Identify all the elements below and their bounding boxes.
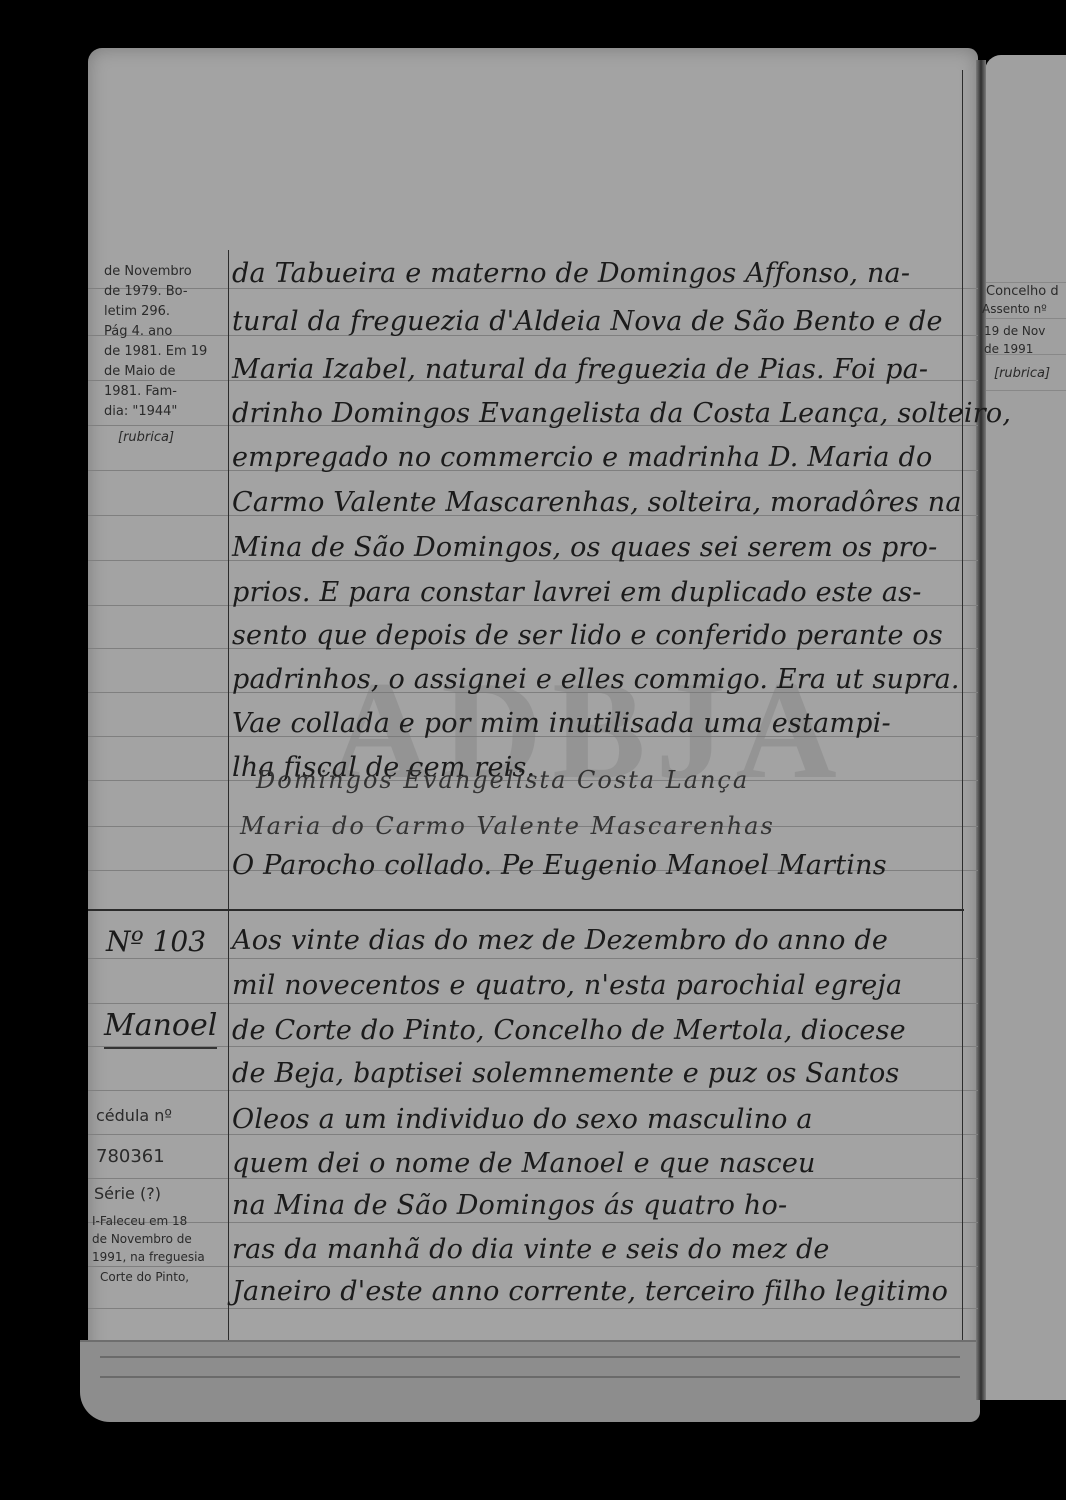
godfather-signature: Domingos Evangelista Costa Lança [256, 766, 749, 794]
margin-note: letim 296. [104, 304, 170, 319]
text-line: Aos vinte dias do mez de Dezembro do ann… [232, 925, 888, 956]
margin-column-divider [228, 250, 229, 1340]
margin-note: Concelho d [986, 284, 1059, 299]
ruled-line [88, 1308, 978, 1309]
page-stack-edge [80, 1340, 980, 1422]
margin-note: de Novembro [104, 264, 192, 279]
margin-note: de 1981. Em 19 [104, 344, 207, 359]
margin-note: 1981. Fam- [104, 384, 177, 399]
margin-signature: [rubrica] [994, 366, 1050, 381]
text-line: na Mina de São Domingos ás quatro ho- [232, 1190, 787, 1221]
margin-note: dia: "1944" [104, 404, 177, 419]
ruled-line [88, 1266, 978, 1267]
text-line: Vae collada e por mim inutilisada uma es… [232, 708, 891, 739]
ruled-line [88, 1046, 978, 1047]
baptized-name: Manoel [104, 1008, 217, 1049]
ruled-line [88, 1090, 978, 1091]
text-line: Mina de São Domingos, os quaes sei serem… [232, 532, 937, 563]
entry-separator [88, 909, 964, 911]
text-line: tural da freguezia d'Aldeia Nova de São … [232, 306, 943, 337]
text-line: de Beja, baptisei solemnemente e puz os … [232, 1058, 899, 1089]
margin-note: Assento nº [982, 302, 1047, 316]
text-line: ras da manhã do dia vinte e seis do mez … [232, 1234, 830, 1265]
right-column-divider [962, 70, 963, 1340]
margin-note: Pág 4. ano [104, 324, 172, 339]
ruled-line [88, 1003, 978, 1004]
margin-note: 19 de Nov [984, 324, 1045, 338]
margin-note: 780361 [96, 1146, 165, 1167]
text-line: Janeiro d'este anno corrente, terceiro f… [232, 1276, 948, 1307]
margin-note: Corte do Pinto, [100, 1270, 189, 1284]
text-line: quem dei o nome de Manoel e que nasceu [232, 1148, 816, 1179]
text-line: Maria Izabel, natural da freguezia de Pi… [232, 354, 928, 385]
margin-note: de Maio de [104, 364, 176, 379]
text-line: de Corte do Pinto, Concelho de Mertola, … [232, 1015, 906, 1046]
margin-note: cédula nº [96, 1106, 172, 1125]
margin-note: de Novembro de [92, 1232, 192, 1246]
ruled-line [88, 958, 978, 959]
ruled-line [88, 1222, 978, 1223]
facing-page [985, 55, 1066, 1400]
text-line: mil novecentos e quatro, n'esta parochia… [232, 970, 902, 1001]
text-line: Carmo Valente Mascarenhas, solteira, mor… [232, 487, 962, 518]
margin-note: I-Faleceu em 18 [92, 1214, 187, 1228]
entry-number: Nº 103 [106, 925, 206, 958]
margin-note: de 1979. Bo- [104, 284, 188, 299]
text-line: Oleos a um individuo do sexo masculino a [232, 1104, 813, 1135]
text-line: da Tabueira e materno de Domingos Affons… [232, 258, 910, 289]
margin-signature: [rubrica] [118, 430, 174, 445]
margin-note: 1991, na freguesia [92, 1250, 205, 1264]
godmother-signature: Maria do Carmo Valente Mascarenhas [240, 812, 775, 840]
text-line: drinho Domingos Evangelista da Costa Lea… [232, 398, 1011, 429]
margin-note: de 1991 [984, 342, 1033, 356]
text-line: prios. E para constar lavrei em duplicad… [232, 577, 922, 608]
text-line: sento que depois de ser lido e conferido… [232, 620, 943, 651]
text-line: padrinhos, o assignei e elles commigo. E… [232, 664, 960, 695]
margin-note: Série (?) [94, 1184, 161, 1203]
book-gutter [976, 60, 986, 1400]
text-line: empregado no commercio e madrinha D. Mar… [232, 442, 932, 473]
priest-signature: O Parocho collado. Pe Eugenio Manoel Mar… [232, 850, 887, 881]
